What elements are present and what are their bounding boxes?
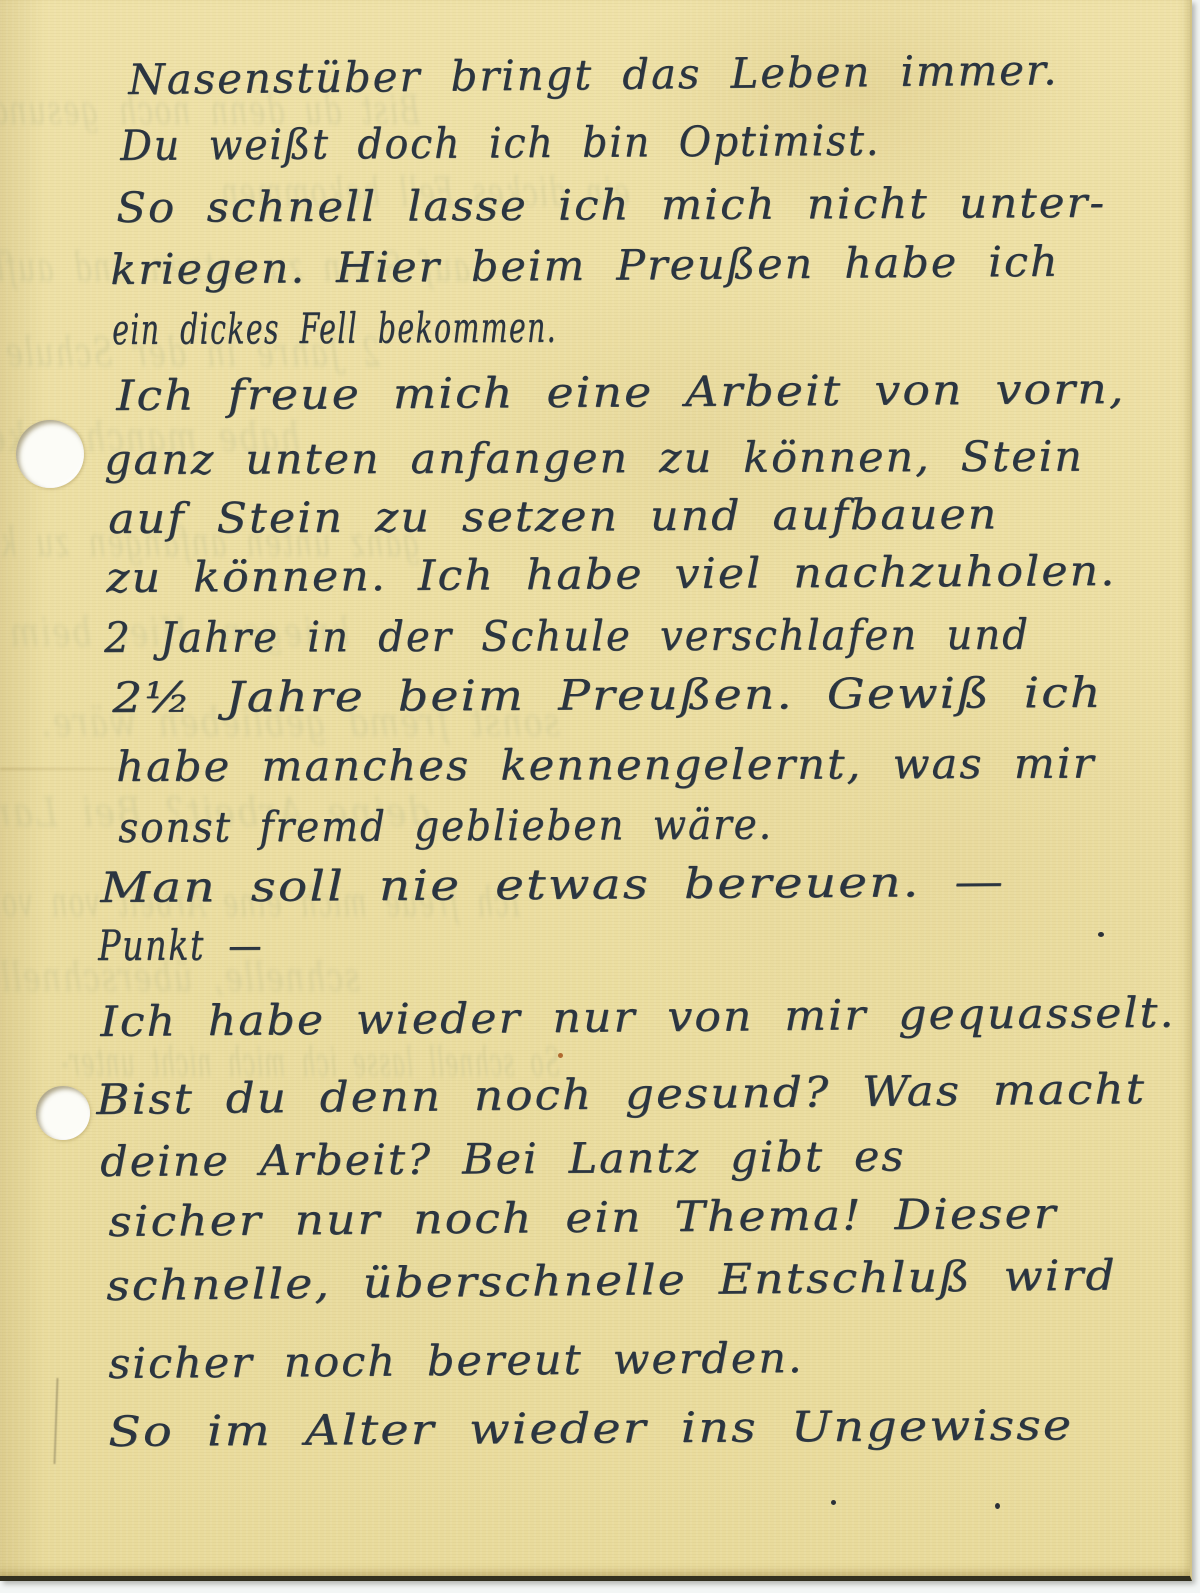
handwritten-line: 2½ Jahre beim Preußen. Gewiß ich [112, 671, 1103, 720]
fold-crease [0, 768, 180, 770]
ink-speck [1098, 932, 1104, 937]
handwritten-line: sicher noch bereut werden. [108, 1336, 804, 1386]
letter-paper: Bist du denn noch gesund? Was machtein d… [0, 0, 1192, 1581]
ink-speck [831, 1500, 836, 1505]
punch-hole-top [16, 420, 84, 488]
handwriting-text: Nasenstüber bringt das Leben immer.Du we… [0, 0, 1190, 1576]
handwritten-line: sicher nur noch ein Thema! Dieser [108, 1192, 1058, 1244]
handwritten-line: zu können. Ich habe viel nachzuholen. [106, 549, 1116, 600]
handwritten-line: ganz unten anfangen zu können, Stein [104, 435, 1084, 483]
handwritten-line: habe manches kennengelernt, was mir [116, 742, 1095, 790]
handwritten-line: Man soll nie etwas bereuen. — [100, 860, 1005, 910]
handwritten-line: Punkt — [98, 923, 263, 968]
handwritten-line: Ich habe wieder nur von mir gequasselt. [100, 991, 1176, 1044]
handwritten-line: kriegen. Hier beim Preußen habe ich [110, 240, 1060, 292]
handwritten-line: Nasenstüber bringt das Leben immer. [128, 48, 1059, 102]
punch-hole-bottom [36, 1086, 90, 1140]
handwritten-line: ein dickes Fell bekommen. [112, 306, 557, 352]
handwritten-line: Du weißt doch ich bin Optimist. [120, 119, 880, 168]
ink-speck [995, 1503, 1000, 1509]
handwritten-line: So schnell lasse ich mich nicht unter- [116, 181, 1106, 230]
rust-speck [558, 1053, 563, 1058]
handwritten-line: Ich freue mich eine Arbeit von vorn, [116, 367, 1126, 418]
handwritten-line: auf Stein zu setzen und aufbauen [108, 492, 998, 541]
handwritten-line: 2 Jahre in der Schule verschlafen und [104, 613, 1030, 660]
handwritten-line: deine Arbeit? Bei Lantz gibt es [100, 1134, 906, 1184]
handwritten-line: sonst fremd geblieben wäre. [118, 803, 773, 851]
handwritten-line: Bist du denn noch gesund? Was macht [96, 1067, 1146, 1122]
scanned-letter-page: Bist du denn noch gesund? Was machtein d… [0, 0, 1200, 1593]
handwritten-line: So im Alter wieder ins Ungewisse [108, 1403, 1073, 1454]
handwritten-line: schnelle, überschnelle Entschluß wird [106, 1253, 1117, 1308]
